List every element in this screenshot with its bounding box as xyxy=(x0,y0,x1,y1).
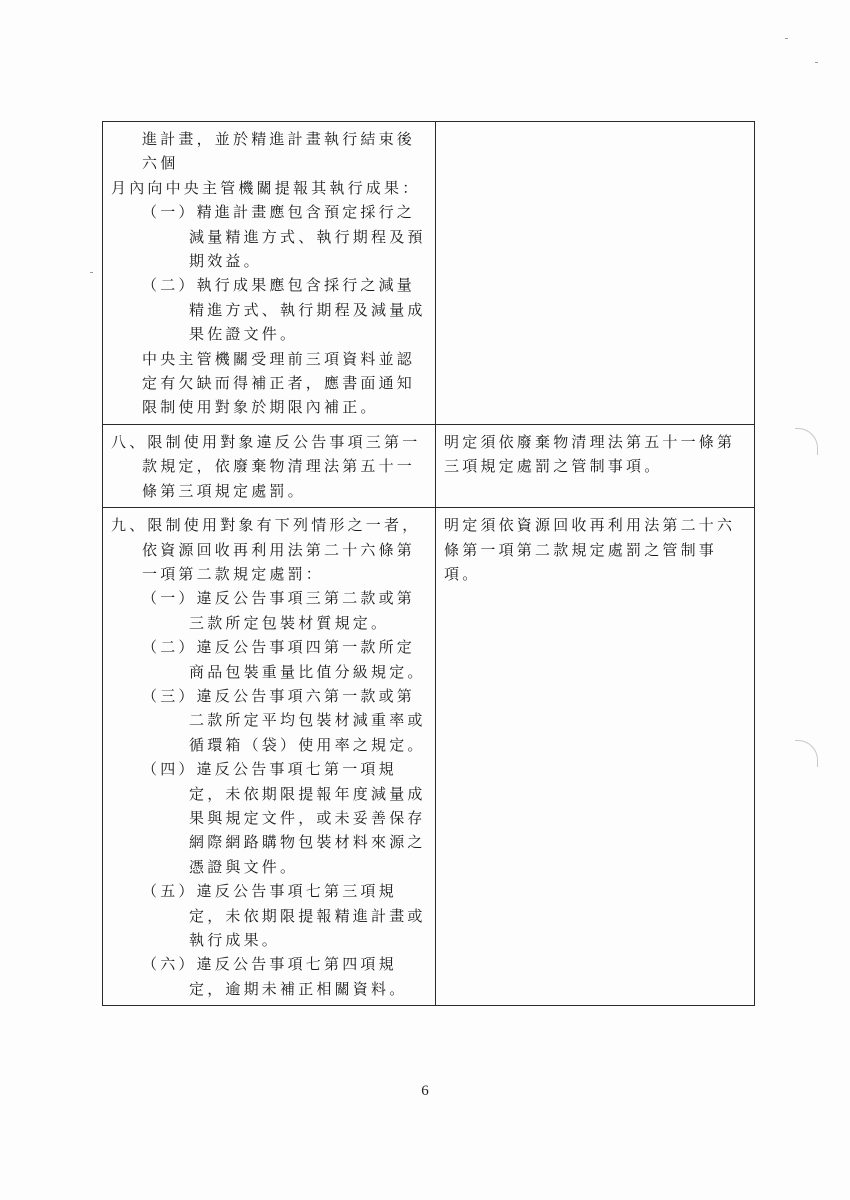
sub-item-label: （二） xyxy=(142,638,197,656)
item-label: 九、 xyxy=(111,516,147,534)
provision-cell: 九、限制使用對象有下列情形之一者，依資源回收再利用法第二十六條第一項第二款規定處… xyxy=(103,508,436,1006)
explanation-cell xyxy=(436,122,755,425)
sub-item-label: （五） xyxy=(142,882,197,900)
sub-item-text: 違反公告事項七第四項規定，逾期未補正相關資料。 xyxy=(189,955,407,997)
sub-item-label: （三） xyxy=(142,687,197,705)
provision-text-line: 月內向中央主管機關提報其執行成果： xyxy=(80,176,427,200)
sub-item-text: 精進計畫應包含預定採行之減量精進方式、執行期程及預期效益。 xyxy=(189,203,426,270)
sub-item-text: 違反公告事項三第二款或第三款所定包裝材質規定。 xyxy=(189,589,415,631)
regulation-table: 進計畫，並於精進計畫執行結束後六個 月內向中央主管機關提報其執行成果： （一）精… xyxy=(102,121,755,1006)
explanation-cell: 明定須依資源回收再利用法第二十六條第一項第二款規定處罰之管制事項。 xyxy=(436,508,755,1006)
sub-item: （一）違反公告事項三第二款或第三款所定包裝材質規定。 xyxy=(111,586,427,635)
sub-item-label: （一） xyxy=(142,589,197,607)
document-page: 進計畫，並於精進計畫執行結束後六個 月內向中央主管機關提報其執行成果： （一）精… xyxy=(0,0,850,1200)
page-number: 6 xyxy=(0,1083,850,1100)
sub-item-label: （一） xyxy=(142,203,197,221)
sub-item-text: 違反公告事項四第一款所定商品包裝重量比值分級規定。 xyxy=(189,638,426,680)
sub-item: （二）執行成果應包含採行之減量精進方式、執行期程及減量成果佐證文件。 xyxy=(111,273,427,346)
scan-speck xyxy=(815,62,818,63)
provision-cell: 八、限制使用對象違反公告事項三第一款規定，依廢棄物清理法第五十一條第三項規定處罰… xyxy=(103,424,436,507)
sub-item: （六）違反公告事項七第四項規定，逾期未補正相關資料。 xyxy=(111,952,427,1001)
sub-item-label: （六） xyxy=(142,955,197,973)
scan-speck xyxy=(90,272,93,273)
explanation-text: 明定須依資源回收再利用法第二十六條第一項第二款規定處罰之管制事項。 xyxy=(444,516,735,583)
sub-item-text: 執行成果應包含採行之減量精進方式、執行期程及減量成果佐證文件。 xyxy=(189,276,426,343)
sub-item: （五）違反公告事項七第三項規定，未依期限提報精進計畫或執行成果。 xyxy=(111,879,427,952)
sub-item-text: 違反公告事項六第一款或第二款所定平均包裝材減重率或循環箱（袋）使用率之規定。 xyxy=(189,687,426,754)
provision-cell: 進計畫，並於精進計畫執行結束後六個 月內向中央主管機關提報其執行成果： （一）精… xyxy=(103,122,436,425)
sub-item: （四）違反公告事項七第一項規定，未依期限提報年度減量成果與規定文件，或未妥善保存… xyxy=(111,757,427,879)
provision-text-line: 進計畫，並於精進計畫執行結束後六個 xyxy=(111,127,427,176)
table-row: 八、限制使用對象違反公告事項三第一款規定，依廢棄物清理法第五十一條第三項規定處罰… xyxy=(103,424,755,507)
explanation-text: 明定須依廢棄物清理法第五十一條第三項規定處罰之管制事項。 xyxy=(444,433,735,475)
table-row: 進計畫，並於精進計畫執行結束後六個 月內向中央主管機關提報其執行成果： （一）精… xyxy=(103,122,755,425)
sub-item-label: （二） xyxy=(142,276,197,294)
sub-item: （二）違反公告事項四第一款所定商品包裝重量比值分級規定。 xyxy=(111,635,427,684)
table-row: 九、限制使用對象有下列情形之一者，依資源回收再利用法第二十六條第一項第二款規定處… xyxy=(103,508,755,1006)
sub-item: （一）精進計畫應包含預定採行之減量精進方式、執行期程及預期效益。 xyxy=(111,200,427,273)
sub-item: （三）違反公告事項六第一款或第二款所定平均包裝材減重率或循環箱（袋）使用率之規定… xyxy=(111,684,427,757)
provision-item-9: 九、限制使用對象有下列情形之一者，依資源回收再利用法第二十六條第一項第二款規定處… xyxy=(111,513,427,586)
sub-item-text: 違反公告事項七第一項規定，未依期限提報年度減量成果與規定文件，或未妥善保存網際網… xyxy=(189,760,426,876)
scan-artifact xyxy=(795,428,818,455)
sub-item-label: （四） xyxy=(142,760,197,778)
scan-speck xyxy=(785,38,788,39)
closing-paragraph: 中央主管機關受理前三項資料並認定有欠缺而得補正者，應書面通知限制使用對象於期限內… xyxy=(111,347,427,420)
item-label: 八、 xyxy=(111,433,147,451)
explanation-cell: 明定須依廢棄物清理法第五十一條第三項規定處罰之管制事項。 xyxy=(436,424,755,507)
item-text: 限制使用對象違反公告事項三第一款規定，依廢棄物清理法第五十一條第三項規定處罰。 xyxy=(142,433,420,500)
provision-item-8: 八、限制使用對象違反公告事項三第一款規定，依廢棄物清理法第五十一條第三項規定處罰… xyxy=(111,430,427,503)
sub-item-text: 違反公告事項七第三項規定，未依期限提報精進計畫或執行成果。 xyxy=(189,882,426,949)
item-text: 限制使用對象有下列情形之一者，依資源回收再利用法第二十六條第一項第二款規定處罰： xyxy=(142,516,420,583)
scan-artifact xyxy=(795,740,818,767)
